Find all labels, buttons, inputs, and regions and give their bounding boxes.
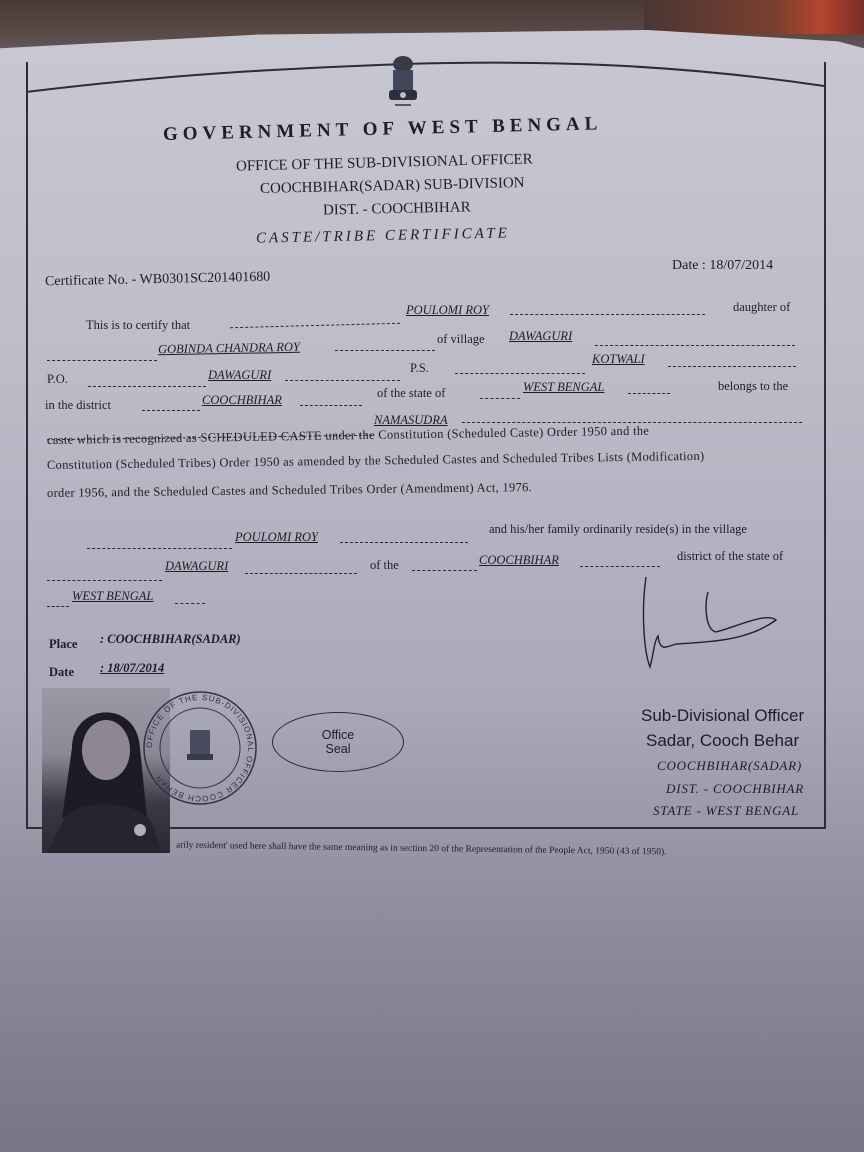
- signatory-place: Sadar, Cooch Behar: [646, 731, 799, 751]
- resident-name: POULOMI ROY: [235, 530, 318, 545]
- national-emblem-icon: [381, 52, 425, 112]
- state-value: WEST BENGAL: [523, 380, 604, 395]
- dash-line: [335, 350, 435, 351]
- ps-label: P.S.: [410, 361, 429, 376]
- dash-line: [175, 603, 205, 604]
- dash-line: [580, 566, 660, 567]
- village-label: of village: [437, 332, 485, 347]
- office-seal-placeholder: Office Seal: [272, 712, 404, 772]
- certify-label: This is to certify that: [86, 318, 190, 333]
- signature: [636, 572, 796, 682]
- father-name: GOBINDA CHANDRA ROY: [158, 340, 300, 357]
- district-state-label: district of the state of: [677, 549, 783, 564]
- belongs-label: belongs to the: [718, 379, 788, 394]
- reside-label: and his/her family ordinarily reside(s) …: [489, 522, 747, 537]
- dash-line: [668, 366, 796, 367]
- signatory-line-1: COOCHBIHAR(SADAR): [657, 758, 802, 774]
- dash-line: [87, 548, 232, 549]
- relation-label: daughter of: [733, 300, 790, 315]
- dash-line: [47, 360, 157, 361]
- district-label: in the district: [45, 398, 111, 413]
- place-value: : COOCHBIHAR(SADAR): [100, 632, 241, 647]
- round-office-seal: OFFICE OF THE SUB-DIVISIONAL OFFICER COO…: [140, 688, 260, 808]
- of-the-label: of the: [370, 558, 399, 573]
- dash-line: [285, 380, 400, 381]
- dash-line: [47, 606, 69, 607]
- dash-line: [245, 573, 357, 574]
- village-value: DAWAGURI: [509, 329, 572, 344]
- office-seal-line2: Seal: [273, 742, 403, 756]
- dash-line: [480, 398, 520, 399]
- dash-line: [340, 542, 468, 543]
- resident-village: DAWAGURI: [165, 559, 228, 574]
- date-label: Date: [49, 665, 74, 680]
- dash-line: [47, 580, 162, 581]
- dash-line: [455, 373, 585, 374]
- state-label: of the state of: [377, 386, 445, 401]
- resident-state: WEST BENGAL: [72, 589, 153, 604]
- signatory-line-3: STATE - WEST BENGAL: [653, 803, 799, 819]
- district-title: DIST. - COOCHBIHAR: [323, 199, 471, 219]
- background-cloth: [644, 0, 864, 34]
- resident-district: COOCHBIHAR: [479, 553, 559, 568]
- dash-line: [628, 393, 670, 394]
- dash-line: [300, 405, 362, 406]
- po-label: P.O.: [47, 372, 68, 387]
- dash-line: [510, 314, 705, 315]
- district-value: COOCHBIHAR: [202, 393, 282, 408]
- dash-line: [88, 386, 206, 387]
- applicant-name: POULOMI ROY: [406, 303, 489, 318]
- date-value: : 18/07/2014: [100, 661, 164, 676]
- dash-line: [142, 410, 200, 411]
- issue-date: Date : 18/07/2014: [672, 258, 773, 274]
- signatory-title: Sub-Divisional Officer: [641, 706, 804, 726]
- place-label: Place: [49, 637, 77, 652]
- po-value: DAWAGURI: [208, 368, 271, 383]
- caste-value: NAMASUDRA: [374, 413, 448, 428]
- ps-value: KOTWALI: [592, 352, 645, 367]
- dash-line: [412, 570, 477, 571]
- signatory-line-2: DIST. - COOCHBIHAR: [666, 781, 804, 797]
- dash-line: [595, 345, 795, 346]
- office-seal-line1: Office: [273, 728, 403, 742]
